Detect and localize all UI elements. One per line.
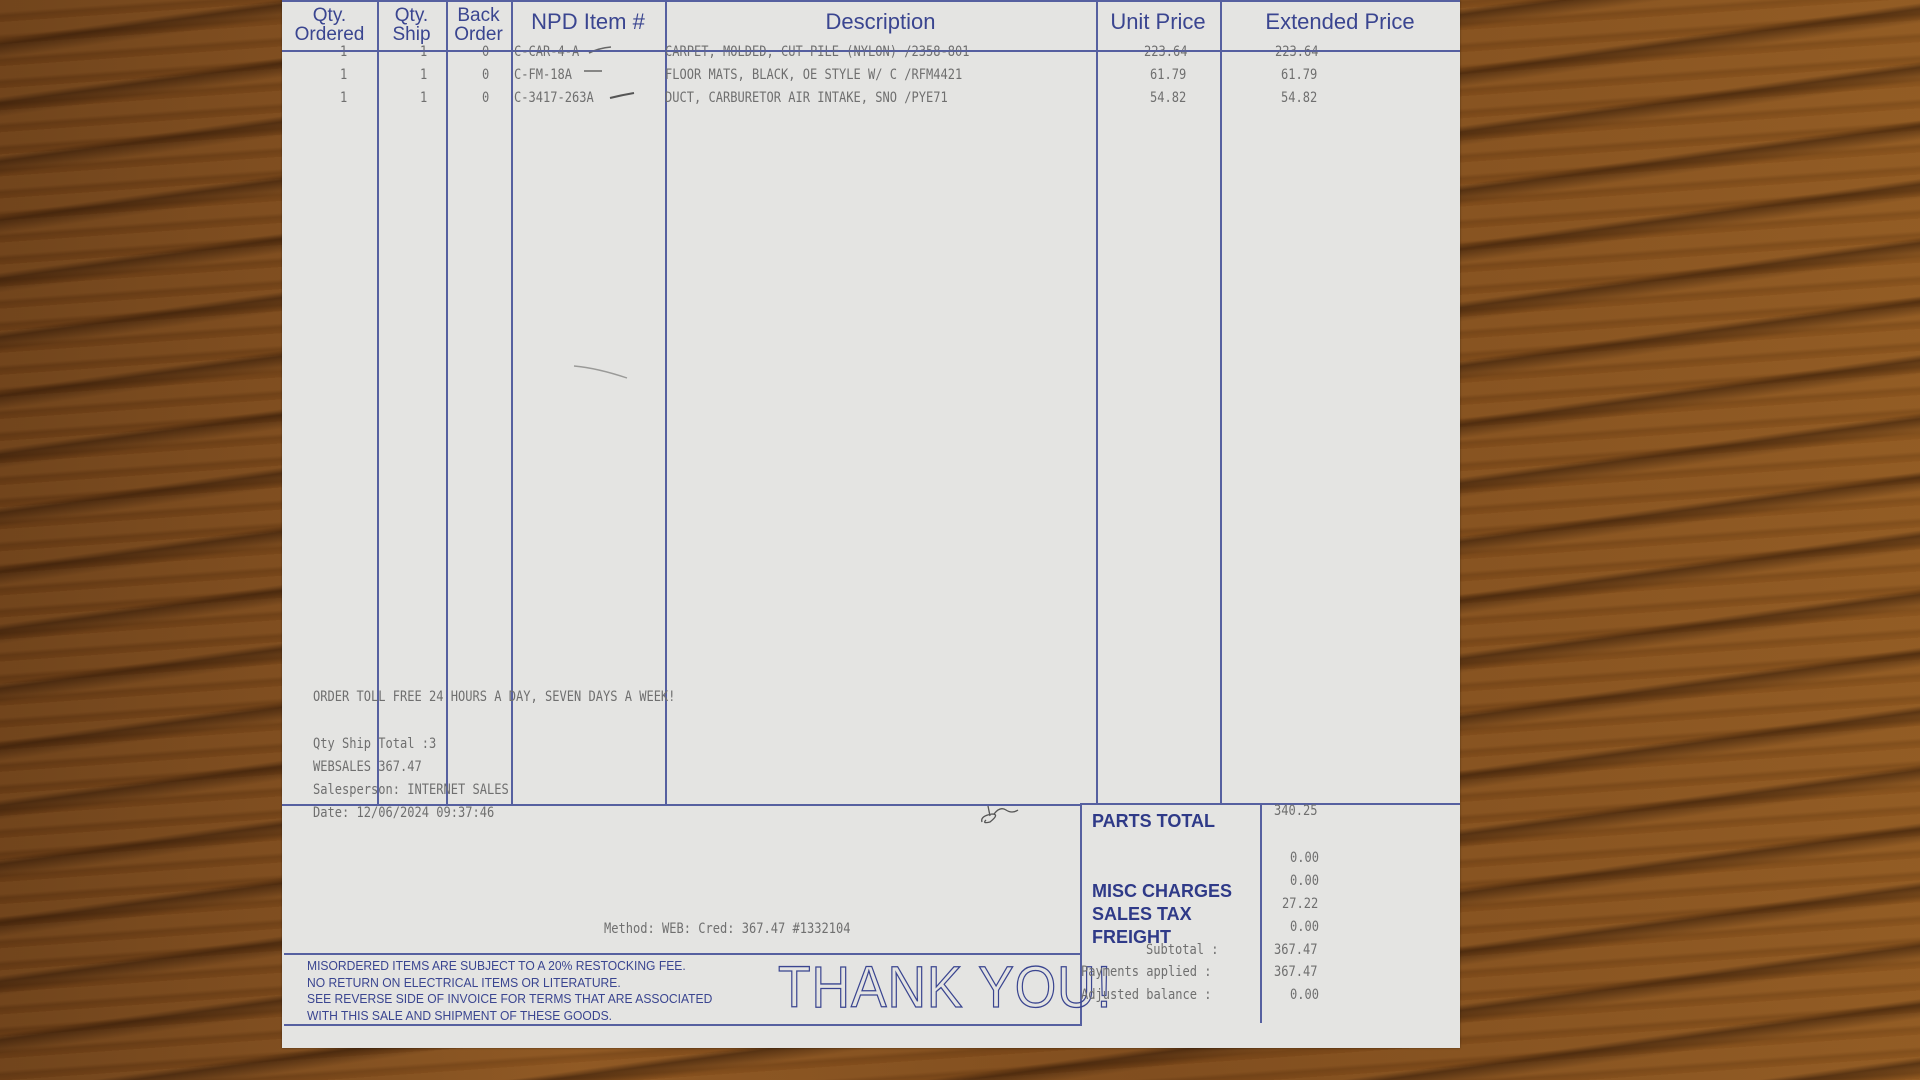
label-sales-tax: SALES TAX [1092,903,1192,926]
header-qty-ship: Qty. Ship [377,6,446,44]
column-divider [1096,0,1098,804]
header-unit-price: Unit Price [1096,12,1220,31]
cell-extended-price: 223.64 [1275,44,1318,60]
salesperson: Salesperson: INTERNET SALES [313,782,509,798]
totals-value-divider [1260,803,1262,1023]
cell-qty-ship: 1 [420,90,427,106]
label-parts-total: PARTS TOTAL [1092,810,1215,833]
header-top-border [282,0,1460,2]
cell-unit-price: 223.64 [1144,44,1187,60]
qty-ship-total: Qty Ship Total :3 [313,736,436,752]
footer-bottom-border [284,1024,1082,1026]
promo-text: ORDER TOLL FREE 24 HOURS A DAY, SEVEN DA… [313,689,675,705]
order-date: Date: 12/06/2024 09:37:46 [313,805,494,821]
value-misc-charges: 0.00 [1290,873,1319,889]
cell-item-number: C-CAR-4-A [514,44,579,60]
header-qty-ordered-line1: Qty. [282,6,377,25]
cell-qty-ship: 1 [420,44,427,60]
cell-back-order: 0 [482,67,489,83]
column-divider [446,0,448,804]
summary-value-subtotal: 367.47 [1274,942,1317,958]
cell-back-order: 0 [482,90,489,106]
column-divider [377,0,379,804]
terms-text: MISORDERED ITEMS ARE SUBJECT TO A 20% RE… [307,958,712,1024]
header-back-order-line2: Order [446,25,511,44]
label-misc-charges: MISC CHARGES [1092,880,1232,903]
payment-method: Method: WEB: Cred: 367.47 #1332104 [604,921,850,937]
terms-line: MISORDERED ITEMS ARE SUBJECT TO A 20% RE… [307,958,712,975]
cell-item-number: C-3417-263A [514,90,594,106]
row-strike-line [282,50,1460,52]
header-qty-ship-line2: Ship [377,25,446,44]
cell-description: DUCT, CARBURETOR AIR INTAKE, SNO /PYE71 [665,90,948,106]
column-divider [1220,0,1222,804]
terms-line: WITH THIS SALE AND SHIPMENT OF THESE GOO… [307,1008,712,1025]
cell-description: FLOOR MATS, BLACK, OE STYLE W/ C /RFM442… [665,67,962,83]
handwritten-check-mark [582,66,604,76]
cell-qty-ordered: 1 [340,67,347,83]
value-sales-tax: 27.22 [1282,896,1318,912]
header-back-order: Back Order [446,6,511,44]
cell-extended-price: 61.79 [1281,67,1317,83]
summary-label-subtotal: Subtotal : [1146,942,1218,958]
summary-value-payments: 367.47 [1274,964,1317,980]
totals-top-border [1080,803,1460,805]
column-divider [665,0,667,804]
summary-label-payments: Payments applied : [1081,964,1211,980]
cell-unit-price: 61.79 [1150,67,1186,83]
terms-line: SEE REVERSE SIDE OF INVOICE FOR TERMS TH… [307,991,712,1008]
cell-qty-ordered: 1 [340,90,347,106]
thank-you-banner: THANK YOU! [778,958,1112,1018]
value-freight: 0.00 [1290,919,1319,935]
header-extended-price: Extended Price [1220,12,1460,31]
header-qty-ordered-line2: Ordered [282,25,377,44]
cell-unit-price: 54.82 [1150,90,1186,106]
header-qty-ordered: Qty. Ordered [282,6,377,44]
cell-qty-ordered: 1 [340,44,347,60]
cell-description: CARPET, MOLDED, CUT PILE (NYLON) /2358-8… [665,44,969,60]
header-qty-ship-line1: Qty. [377,6,446,25]
value-parts-total: 340.25 [1274,803,1317,819]
summary-label-adjusted-balance: Adjusted balance : [1081,987,1211,1003]
handwritten-check-mark [608,89,636,101]
summary-value-adjusted-balance: 0.00 [1290,987,1319,1003]
column-divider [511,0,513,804]
cell-qty-ship: 1 [420,67,427,83]
value-blank-line: 0.00 [1290,850,1319,866]
cell-item-number: C-FM-18A [514,67,572,83]
header-description: Description [665,12,1096,31]
terms-line: NO RETURN ON ELECTRICAL ITEMS OR LITERAT… [307,975,712,992]
websales-total: WEBSALES 367.47 [313,759,422,775]
header-back-order-line1: Back [446,6,511,25]
invoice-paper: Qty. Ordered Qty. Ship Back Order NPD It… [282,0,1460,1048]
pen-smudge [572,362,632,382]
header-item-number: NPD Item # [511,12,665,31]
cell-back-order: 0 [482,44,489,60]
handwritten-initials [978,800,1024,826]
cell-extended-price: 54.82 [1281,90,1317,106]
